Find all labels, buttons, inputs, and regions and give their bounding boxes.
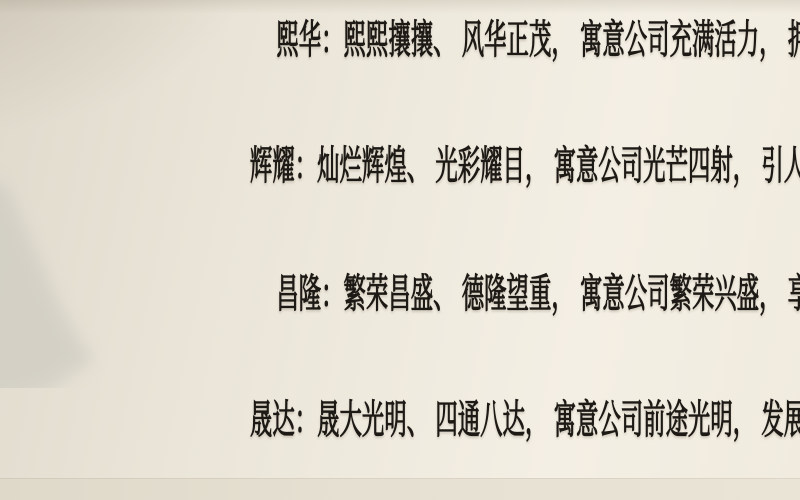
name-suggestion-text: 昌隆：繁荣昌盛、 德隆望重， 寓意公司繁荣兴盛， 享有崇高的声誉。 <box>276 274 800 314</box>
name-suggestion-text: 辉耀：灿烂辉煌、 光彩耀目， 寓意公司光芒四射， 引人注目。 <box>250 146 800 186</box>
page-background: 熙华：熙熙攘攘、 风华正茂， 寓意公司充满活力， 拥有辉煌的成就。 辉耀：灿烂辉… <box>0 0 800 500</box>
name-suggestion-line-xihua: 熙华：熙熙攘攘、 风华正茂， 寓意公司充满活力， 拥有辉煌的成就。 <box>5 20 800 60</box>
name-suggestion-text: 熙华：熙熙攘攘、 风华正茂， 寓意公司充满活力， 拥有辉煌的成就。 <box>276 20 800 60</box>
bottom-shade-decoration <box>0 478 800 500</box>
name-suggestion-line-changlong: 昌隆：繁荣昌盛、 德隆望重， 寓意公司繁荣兴盛， 享有崇高的声誉。 <box>5 274 800 314</box>
name-suggestion-text: 晟达：晟大光明、 四通八达， 寓意公司前途光明， 发展顺畅。 <box>250 400 800 440</box>
name-suggestion-line-shengda: 晟达：晟大光明、 四通八达， 寓意公司前途光明， 发展顺畅。 <box>5 400 800 440</box>
name-suggestion-line-huiyao: 辉耀：灿烂辉煌、 光彩耀目， 寓意公司光芒四射， 引人注目。 <box>5 146 800 186</box>
